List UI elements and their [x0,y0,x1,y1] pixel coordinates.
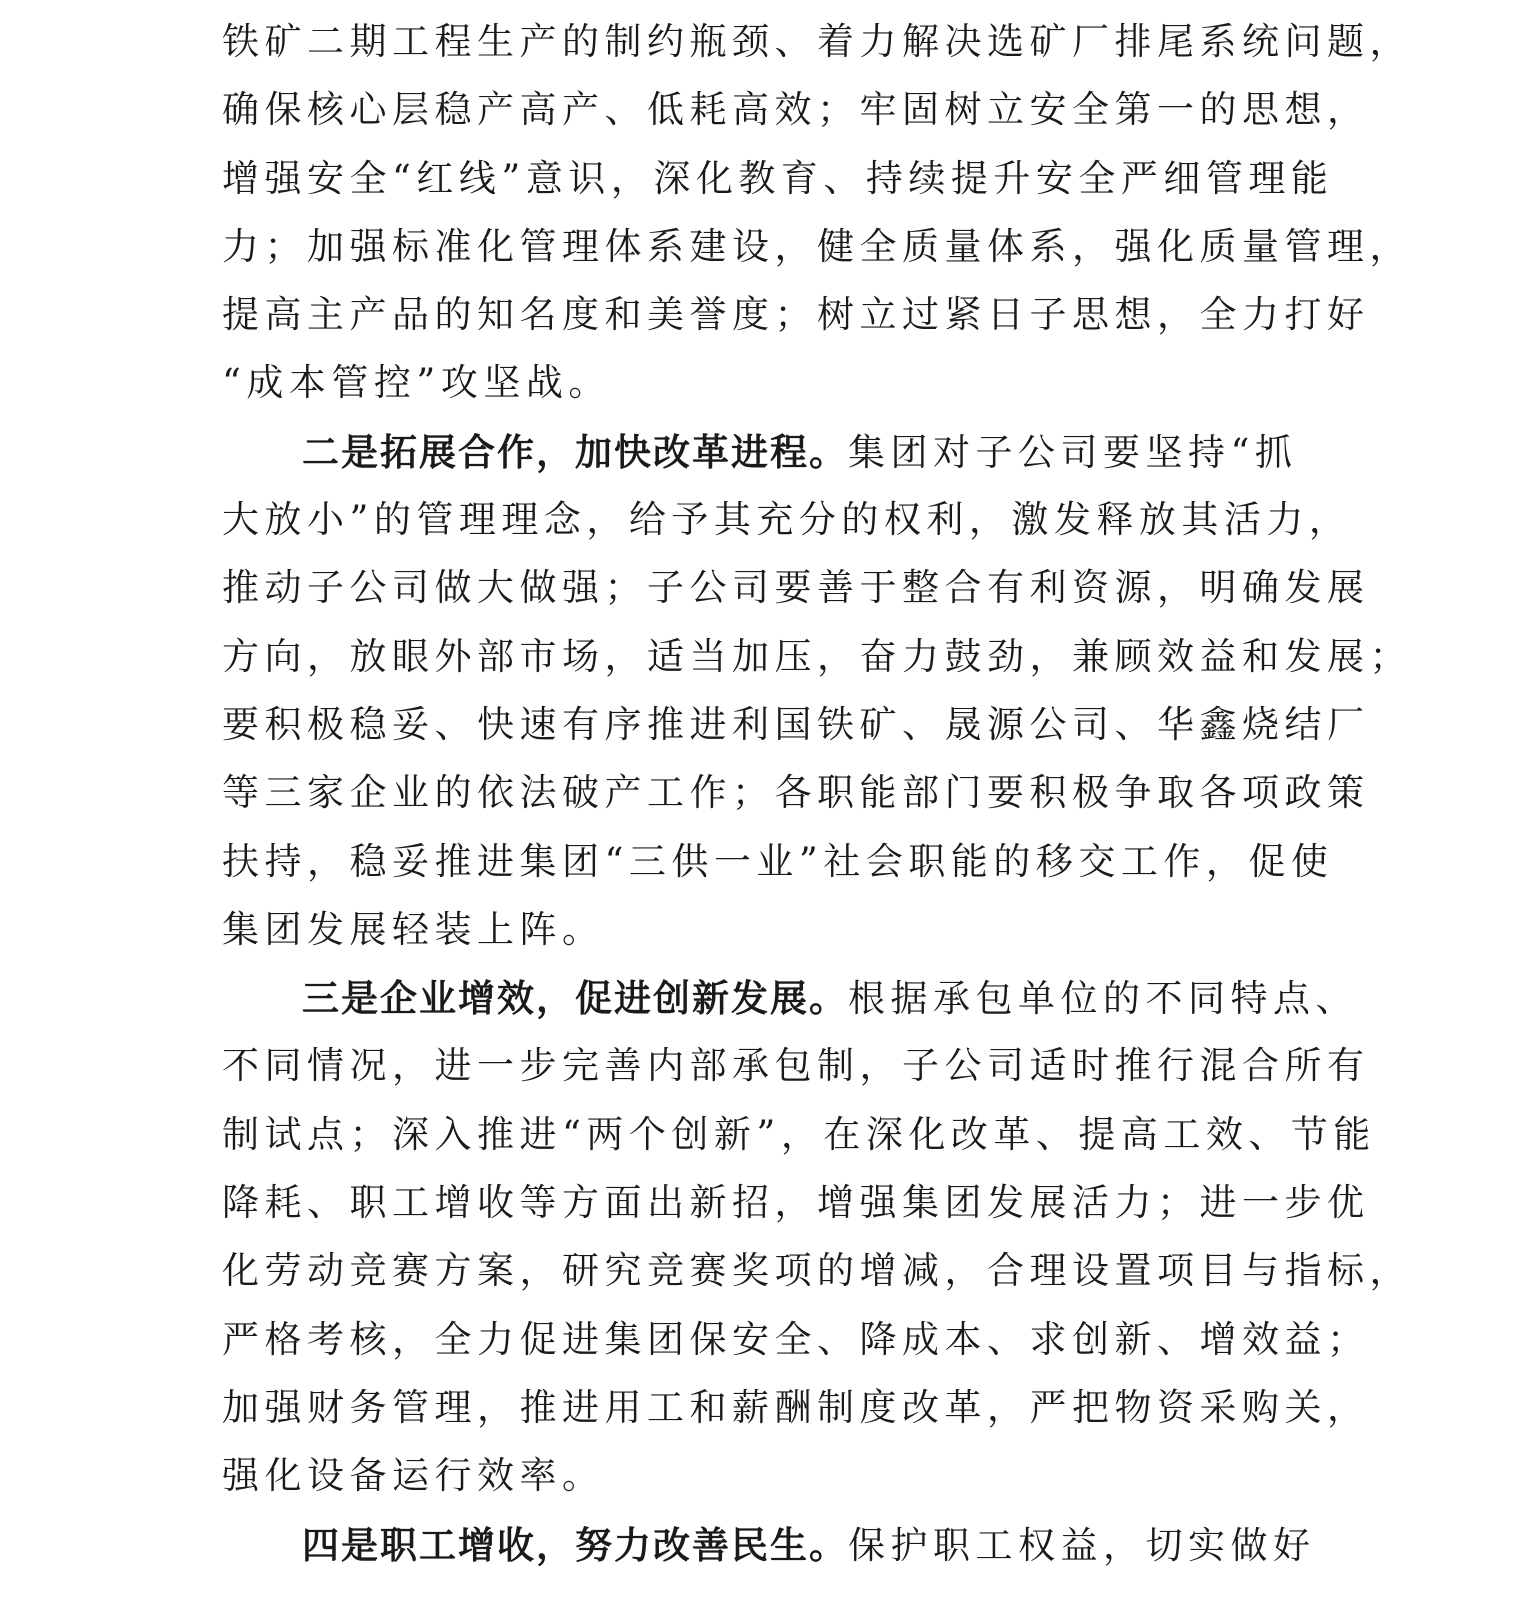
text-line: 等三家企业的依法破产工作；各职能部门要积极争取各项政策 [222,759,1276,827]
text-line: 力；加强标准化管理体系建设，健全质量体系，强化质量管理， [222,213,1276,281]
paragraph-innovation: 三是企业增效，促进创新发展。根据承包单位的不同特点、 不同情况，进一步完善内部承… [222,964,1276,1510]
text-line: 增强安全“红线”意识，深化教育、持续提升安全严细管理能 [222,145,1276,213]
text-line: 加强财务管理，推进用工和薪酬制度改革，严把物资采购关， [222,1374,1276,1442]
paragraph-heading: 二是拓展合作，加快改革进程。 [302,430,848,474]
text-line: 方向，放眼外部市场，适当加压，奋力鼓劲，兼顾效益和发展； [222,623,1276,691]
paragraph-reform: 二是拓展合作，加快改革进程。集团对子公司要坚持“抓 大放小”的管理理念，给予其充… [222,418,1276,964]
text-line: 要积极稳妥、快速有序推进利国铁矿、晟源公司、华鑫烧结厂 [222,691,1276,759]
text-line: 不同情况，进一步完善内部承包制，子公司适时推行混合所有 [222,1032,1276,1100]
document-page: 铁矿二期工程生产的制约瓶颈、着力解决选矿厂排尾系统问题， 确保核心层稳产高产、低… [222,8,1276,1579]
text-line: 推动子公司做大做强；子公司要善于整合有利资源，明确发展 [222,554,1276,622]
paragraph-first-line: 二是拓展合作，加快改革进程。集团对子公司要坚持“抓 [222,418,1276,486]
text-line: 化劳动竞赛方案，研究竞赛奖项的增减，合理设置项目与指标， [222,1237,1276,1305]
text-run: 根据承包单位的不同特点、 [848,977,1358,1020]
text-run: 集团对子公司要坚持“抓 [848,431,1297,474]
text-line: 集团发展轻装上阵。 [222,896,1276,964]
text-line: 大放小”的管理理念，给予其充分的权利，激发释放其活力， [222,486,1276,554]
text-line: 提高主产品的知名度和美誉度；树立过紧日子思想，全力打好 [222,281,1276,349]
text-line: 扶持，稳妥推进集团“三供一业”社会职能的移交工作，促使 [222,828,1276,896]
text-line: 严格考核，全力促进集团保安全、降成本、求创新、增效益； [222,1306,1276,1374]
text-line: 降耗、职工增收等方面出新招，增强集团发展活力；进一步优 [222,1169,1276,1237]
paragraph-heading: 四是职工增收，努力改善民生。 [302,1523,848,1567]
paragraph-livelihood: 四是职工增收，努力改善民生。保护职工权益，切实做好 [222,1511,1276,1579]
text-run: 保护职工权益，切实做好 [848,1524,1316,1567]
paragraph-first-line: 四是职工增收，努力改善民生。保护职工权益，切实做好 [222,1511,1276,1579]
text-line: “成本管控”攻坚战。 [222,349,1276,417]
paragraph-production-safety: 铁矿二期工程生产的制约瓶颈、着力解决选矿厂排尾系统问题， 确保核心层稳产高产、低… [222,8,1276,418]
text-line: 铁矿二期工程生产的制约瓶颈、着力解决选矿厂排尾系统问题， [222,8,1276,76]
text-line: 制试点；深入推进“两个创新”，在深化改革、提高工效、节能 [222,1101,1276,1169]
text-line: 确保核心层稳产高产、低耗高效；牢固树立安全第一的思想， [222,76,1276,144]
paragraph-first-line: 三是企业增效，促进创新发展。根据承包单位的不同特点、 [222,964,1276,1032]
text-line: 强化设备运行效率。 [222,1442,1276,1510]
paragraph-heading: 三是企业增效，促进创新发展。 [302,976,848,1020]
